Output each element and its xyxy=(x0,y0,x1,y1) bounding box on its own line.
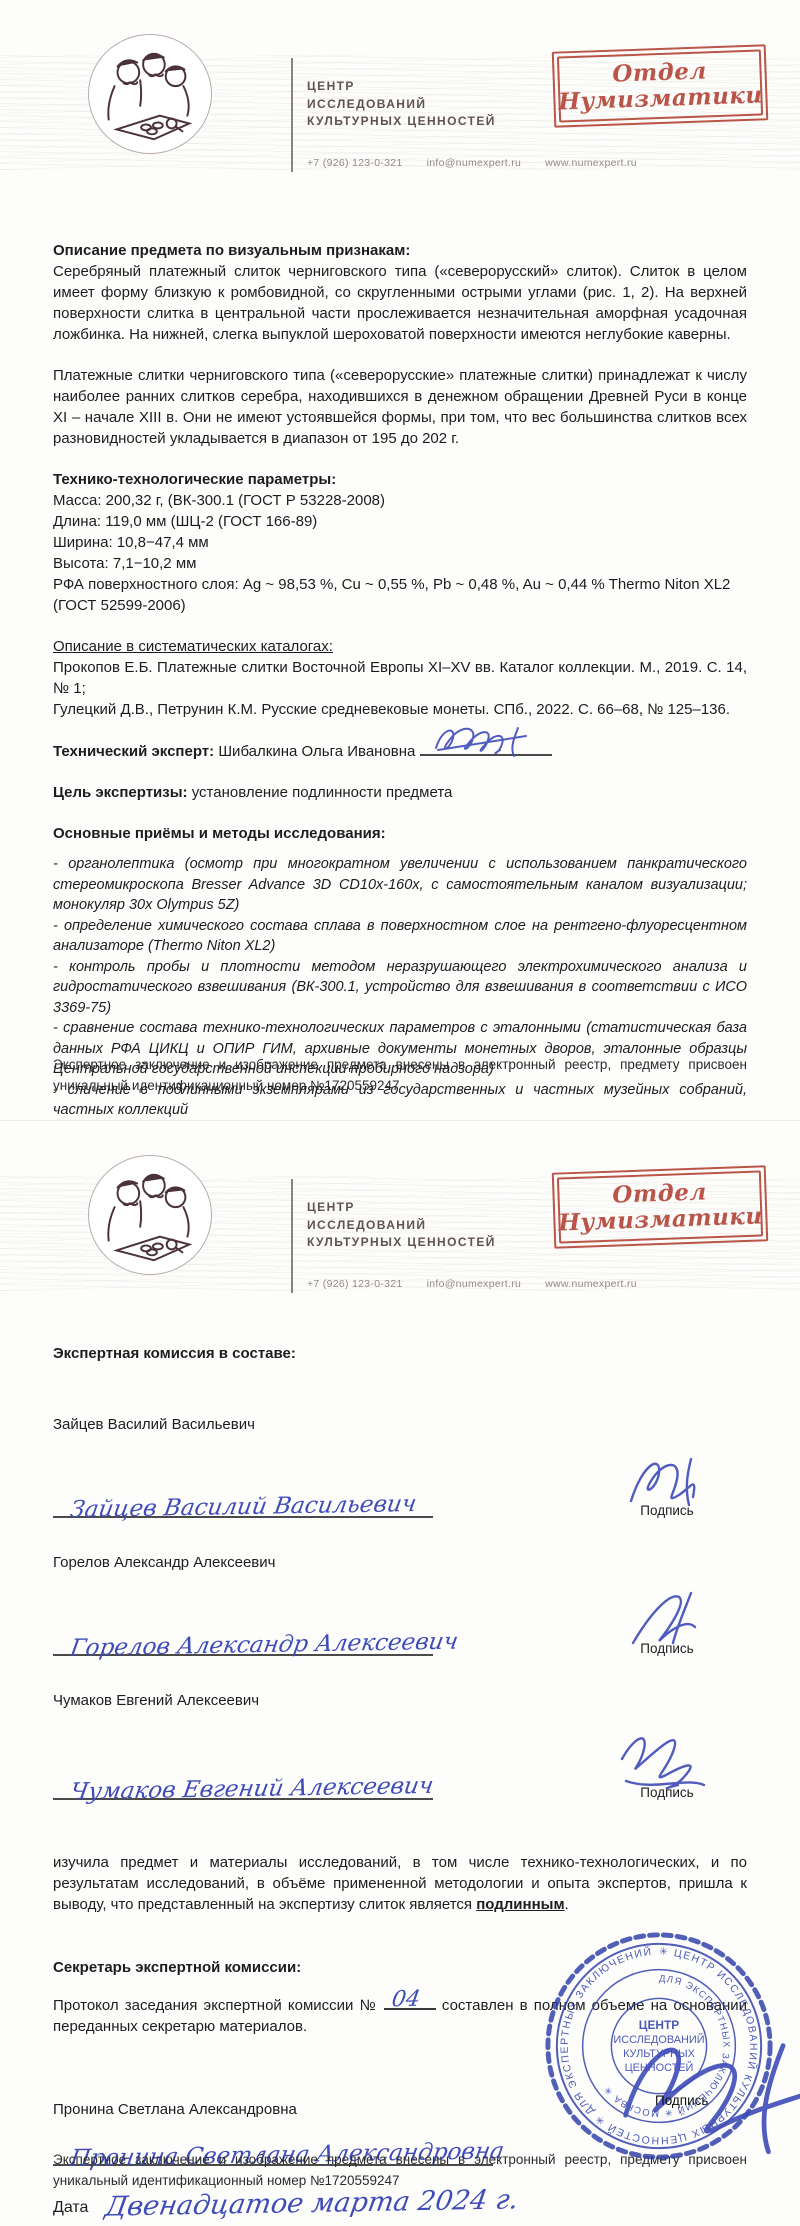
page1-content: Описание предмета по визуальным признака… xyxy=(53,240,747,1121)
protocol-text-before: Протокол заседания экспертной комиссии № xyxy=(53,1997,378,2014)
catalog-entry: Прокопов Е.Б. Платежные слитки Восточной… xyxy=(53,657,747,699)
contact-phone: +7 (926) 123-0-321 xyxy=(307,1278,403,1290)
catalog-entry: Гулецкий Д.В., Петрунин К.М. Русские сре… xyxy=(53,699,747,720)
org-name: ЦЕНТР ИССЛЕДОВАНИЙ КУЛЬТУРНЫХ ЦЕННОСТЕЙ xyxy=(307,1199,496,1252)
org-name: ЦЕНТР ИССЛЕДОВАНИЙ КУЛЬТУРНЫХ ЦЕННОСТЕЙ xyxy=(307,78,496,131)
department-stamp: Отдел Нумизматики xyxy=(552,44,769,127)
signature-block: Подпись xyxy=(587,1583,747,1656)
handwritten-name-line: Зайцев Василий Васильевич xyxy=(53,1482,433,1518)
method-item: - контроль пробы и плотности методом нер… xyxy=(53,957,747,1019)
tech-expert-signature-line xyxy=(420,740,552,756)
tech-param-line: Высота: 7,1−10,2 мм xyxy=(53,553,747,574)
paragraph-visual-2: Платежные слитки черниговского типа («се… xyxy=(53,365,747,449)
header-divider xyxy=(291,58,293,172)
member-name: Чумаков Евгений Алексеевич xyxy=(53,1690,747,1711)
org-name-line: ЦЕНТР xyxy=(307,1199,496,1217)
section-heading-catalog: Описание в систематических каталогах: xyxy=(53,636,747,657)
purpose-row: Цель экспертизы: установление подлинност… xyxy=(53,782,747,803)
member-signature-row: Зайцев Василий Васильевич Подпись xyxy=(53,1445,747,1518)
signature-label: Подпись xyxy=(587,1503,747,1518)
method-item: - определение химического состава сплава… xyxy=(53,916,747,957)
member-signature-row: Чумаков Евгений Алексеевич Подпись xyxy=(53,1721,747,1800)
conclusion-verdict: подлинным xyxy=(476,1896,564,1913)
date-label: Дата xyxy=(53,2199,88,2217)
org-name-line: КУЛЬТУРНЫХ ЦЕННОСТЕЙ xyxy=(307,113,496,131)
conclusion-paragraph: изучила предмет и материалы исследований… xyxy=(53,1852,747,1915)
logo-sketch-icon xyxy=(89,35,211,153)
org-logo xyxy=(88,1155,212,1275)
section-heading-tech: Технико-технологические параметры: xyxy=(53,469,747,490)
signature-squiggle-icon xyxy=(430,720,540,762)
tech-param-line: Масса: 200,32 г, (ВК-300.1 (ГОСТ Р 53228… xyxy=(53,490,747,511)
protocol-number-handwritten: 04 xyxy=(390,1989,421,2010)
org-name-line: ИССЛЕДОВАНИЙ xyxy=(307,1217,496,1235)
logo-sketch-icon xyxy=(89,1156,211,1274)
signature-squiggle-icon xyxy=(619,1583,715,1647)
org-name-line: ЦЕНТР xyxy=(307,78,496,96)
tech-expert-row: Технический эксперт: Шибалкина Ольга Ива… xyxy=(53,740,747,762)
signature-label: Подпись xyxy=(587,1641,747,1656)
header-divider xyxy=(291,1179,293,1293)
handwritten-name: Зайцев Василий Васильевич xyxy=(68,1491,418,1523)
contact-email: info@numexpert.ru xyxy=(427,1278,522,1290)
org-name-line: ИССЛЕДОВАНИЙ xyxy=(307,96,496,114)
paragraph-visual-1: Серебряный платежный слиток черниговског… xyxy=(53,261,747,345)
tech-param-line: РФА поверхностного слоя: Ag ~ 98,53 %, C… xyxy=(53,574,747,616)
contact-website: www.numexpert.ru xyxy=(545,1278,637,1290)
section-heading-methods: Основные приёмы и методы исследования: xyxy=(53,823,747,844)
scanned-certificate: ЦЕНТР ИССЛЕДОВАНИЙ КУЛЬТУРНЫХ ЦЕННОСТЕЙ … xyxy=(0,0,800,2226)
tech-expert-name: Шибалкина Ольга Ивановна xyxy=(218,743,415,760)
handwritten-name: Чумаков Евгений Алексеевич xyxy=(68,1773,435,1805)
signature-label: Подпись xyxy=(655,2093,708,2108)
contact-row: +7 (926) 123-0-321 info@numexpert.ru www… xyxy=(307,157,637,169)
registry-note: Экспертное заключение и изображение пред… xyxy=(53,1054,747,1096)
signature-block: Подпись xyxy=(587,1721,747,1800)
department-stamp-text: Отдел Нумизматики xyxy=(557,56,763,115)
purpose-text: установление подлинности предмета xyxy=(192,784,453,801)
handwritten-name-line: Горелов Александр Алексеевич xyxy=(53,1620,433,1656)
conclusion-text: изучила предмет и материалы исследований… xyxy=(53,1854,747,1913)
signature-squiggle-icon xyxy=(619,1445,715,1509)
section-heading-visual: Описание предмета по визуальным признака… xyxy=(53,240,747,261)
page-1: ЦЕНТР ИССЛЕДОВАНИЙ КУЛЬТУРНЫХ ЦЕННОСТЕЙ … xyxy=(0,0,800,1120)
conclusion-period: . xyxy=(565,1896,569,1913)
member-name: Зайцев Василий Васильевич xyxy=(53,1414,747,1435)
member-signature-row: Горелов Александр Алексеевич Подпись xyxy=(53,1583,747,1656)
contact-email: info@numexpert.ru xyxy=(427,157,522,169)
tech-param-line: Ширина: 10,8−47,4 мм xyxy=(53,532,747,553)
org-name-line: КУЛЬТУРНЫХ ЦЕННОСТЕЙ xyxy=(307,1234,496,1252)
member-name: Горелов Александр Алексеевич xyxy=(53,1552,747,1573)
department-stamp-text: Отдел Нумизматики xyxy=(557,1177,763,1236)
contact-phone: +7 (926) 123-0-321 xyxy=(307,157,403,169)
signature-squiggle-icon xyxy=(612,1721,722,1791)
contact-website: www.numexpert.ru xyxy=(545,157,637,169)
org-logo xyxy=(88,34,212,154)
page-2: ЦЕНТР ИССЛЕДОВАНИЙ КУЛЬТУРНЫХ ЦЕННОСТЕЙ … xyxy=(0,1120,800,2226)
method-item: - органолептика (осмотр при многократном… xyxy=(53,854,747,916)
section-heading-commission: Экспертная комиссия в составе: xyxy=(53,1343,747,1364)
signature-block: Подпись xyxy=(587,1445,747,1518)
handwritten-name: Горелов Александр Алексеевич xyxy=(68,1629,460,1662)
round-org-stamp: ✳ ЦЕНТР ИССЛЕДОВАНИЙ КУЛЬТУРНЫХ ЦЕННОСТЕ… xyxy=(540,1927,778,2165)
protocol-number-line: 04 xyxy=(384,1992,436,2010)
signature-label: Подпись xyxy=(587,1785,747,1800)
handwritten-name-line: Чумаков Евгений Алексеевич xyxy=(53,1764,433,1800)
contact-row: +7 (926) 123-0-321 info@numexpert.ru www… xyxy=(307,1278,637,1290)
tech-expert-label: Технический эксперт: xyxy=(53,743,214,760)
tech-param-line: Длина: 119,0 мм (ШЦ-2 (ГОСТ 166-89) xyxy=(53,511,747,532)
purpose-label: Цель экспертизы: xyxy=(53,784,188,801)
department-stamp: Отдел Нумизматики xyxy=(552,1165,769,1248)
